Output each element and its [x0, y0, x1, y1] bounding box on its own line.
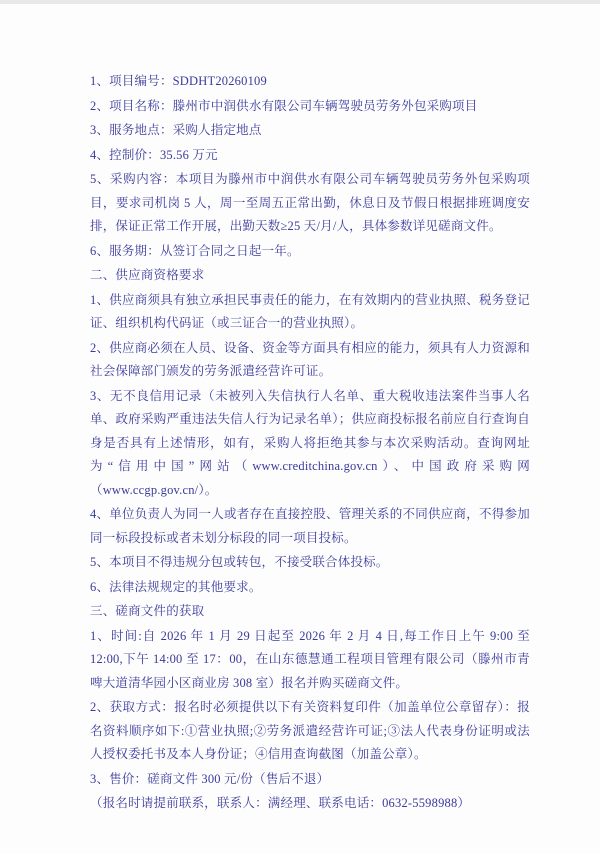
para-control-price: 4、控制价：35.56 万元 — [90, 144, 530, 168]
para-contact-note: （报名时请提前联系，联系人：满经理、联系电话：0632-5598988） — [90, 792, 530, 816]
para-acquisition-time: 1、时间:自 2026 年 1 月 29 日起至 2026 年 2 月 4 日,… — [90, 625, 530, 696]
para-qual-civil-liability: 1、供应商须具有独立承担民事责任的能力，在有效期内的营业执照、税务登记证、组织机… — [90, 289, 530, 336]
para-project-number: 1、项目编号：SDDHT20260109 — [90, 70, 530, 94]
para-qual-other-laws: 6、法律法规规定的其他要求。 — [90, 576, 530, 600]
para-qual-no-subcontract: 5、本项目不得违规分包或转包，不接受联合体投标。 — [90, 551, 530, 575]
para-procurement-content: 5、采购内容：本项目为滕州市中润供水有限公司车辆驾驶员劳务外包采购项目，要求司机… — [90, 168, 530, 239]
para-service-location: 3、服务地点：采购人指定地点 — [90, 119, 530, 143]
heading-document-acquisition: 三、磋商文件的获取 — [90, 600, 530, 624]
para-service-period: 6、服务期：从签订合同之日起一年。 — [90, 240, 530, 264]
page-top-edge — [0, 0, 600, 4]
para-acquisition-price: 3、售价：磋商文件 300 元/份（售后不退） — [90, 768, 530, 792]
document-content: 1、项目编号：SDDHT20260109 2、项目名称：滕州市中润供水有限公司车… — [90, 70, 530, 817]
para-qual-credit-record: 3、无不良信用记录（未被列入失信执行人名单、重大税收违法案件当事人名单、政府采购… — [90, 385, 530, 503]
para-acquisition-method: 2、获取方式：报名时必须提供以下有关资料复印件（加盖单位公章留存）：报名资料顺序… — [90, 696, 530, 767]
para-qual-capability: 2、供应商必须在人员、设备、资金等方面具有相应的能力，须具有人力资源和社会保障部… — [90, 337, 530, 384]
document-page: 1、项目编号：SDDHT20260109 2、项目名称：滕州市中润供水有限公司车… — [0, 0, 600, 853]
heading-supplier-qualifications: 二、供应商资格要求 — [90, 264, 530, 288]
para-project-name: 2、项目名称：滕州市中润供水有限公司车辆驾驶员劳务外包采购项目 — [90, 95, 530, 119]
para-qual-same-person: 4、单位负责人为同一人或者存在直接控股、管理关系的不同供应商，不得参加同一标段投… — [90, 503, 530, 550]
